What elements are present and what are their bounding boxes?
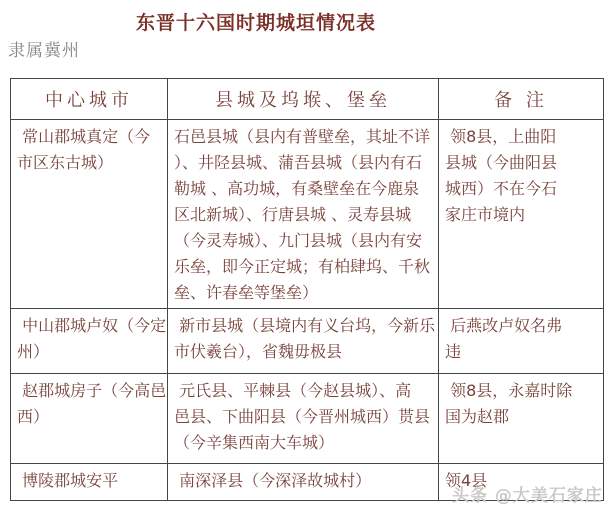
city-cell: 博陵郡城安平	[11, 464, 168, 501]
city-walls-table: 中心城市 县城及坞堠、堡垒 备 注 常山郡城真定（今 市区东古城） 石邑县城（县…	[10, 78, 604, 501]
counties-cell: 新市县城（县境内有义台坞，今新乐 市伏羲台），省魏毋极县	[168, 309, 439, 374]
city-cell: 赵郡城房子（今高邑 西）	[11, 374, 168, 464]
watermark: 头条 @大美石家庄	[452, 481, 603, 506]
city-cell: 常山郡城真定（今 市区东古城）	[11, 120, 168, 309]
col-header-remarks: 备 注	[439, 79, 604, 120]
table-row: 中山郡城卢奴（今定 州） 新市县城（县境内有义台坞，今新乐 市伏羲台），省魏毋极…	[11, 309, 604, 374]
notes-cell: 领8县，上曲阳 县城（今曲阳县 城西）不在今石 家庄市境内	[439, 120, 604, 309]
page-title: 东晋十六国时期城垣情况表	[0, 8, 512, 35]
col-header-center-city: 中心城市	[11, 79, 168, 120]
page-subtitle: 隶属冀州	[8, 36, 80, 61]
city-walls-table-wrap: 中心城市 县城及坞堠、堡垒 备 注 常山郡城真定（今 市区东古城） 石邑县城（县…	[10, 78, 604, 501]
table-row: 常山郡城真定（今 市区东古城） 石邑县城（县内有普壁垒，其址不详 ）、井陉县城、…	[11, 120, 604, 309]
city-cell: 中山郡城卢奴（今定 州）	[11, 309, 168, 374]
counties-cell: 南深泽县（今深泽故城村）	[168, 464, 439, 501]
counties-cell: 石邑县城（县内有普壁垒，其址不详 ）、井陉县城、蒲吾县城（县内有石 勒城 、高功…	[168, 120, 439, 309]
table-row: 赵郡城房子（今高邑 西） 元氏县、平棘县（今赵县城）、高 邑县、下曲阳县（今晋州…	[11, 374, 604, 464]
notes-cell: 领8县，永嘉时除 国为赵郡	[439, 374, 604, 464]
notes-cell: 后燕改卢奴名弗 违	[439, 309, 604, 374]
table-header-row: 中心城市 县城及坞堠、堡垒 备 注	[11, 79, 604, 120]
counties-cell: 元氏县、平棘县（今赵县城）、高 邑县、下曲阳县（今晋州城西）贳县 （今辛集西南大…	[168, 374, 439, 464]
col-header-counties-forts: 县城及坞堠、堡垒	[168, 79, 439, 120]
page: 东晋十六国时期城垣情况表 隶属冀州 中心城市 县城及坞堠、堡垒 备 注 常山郡城…	[0, 0, 610, 514]
